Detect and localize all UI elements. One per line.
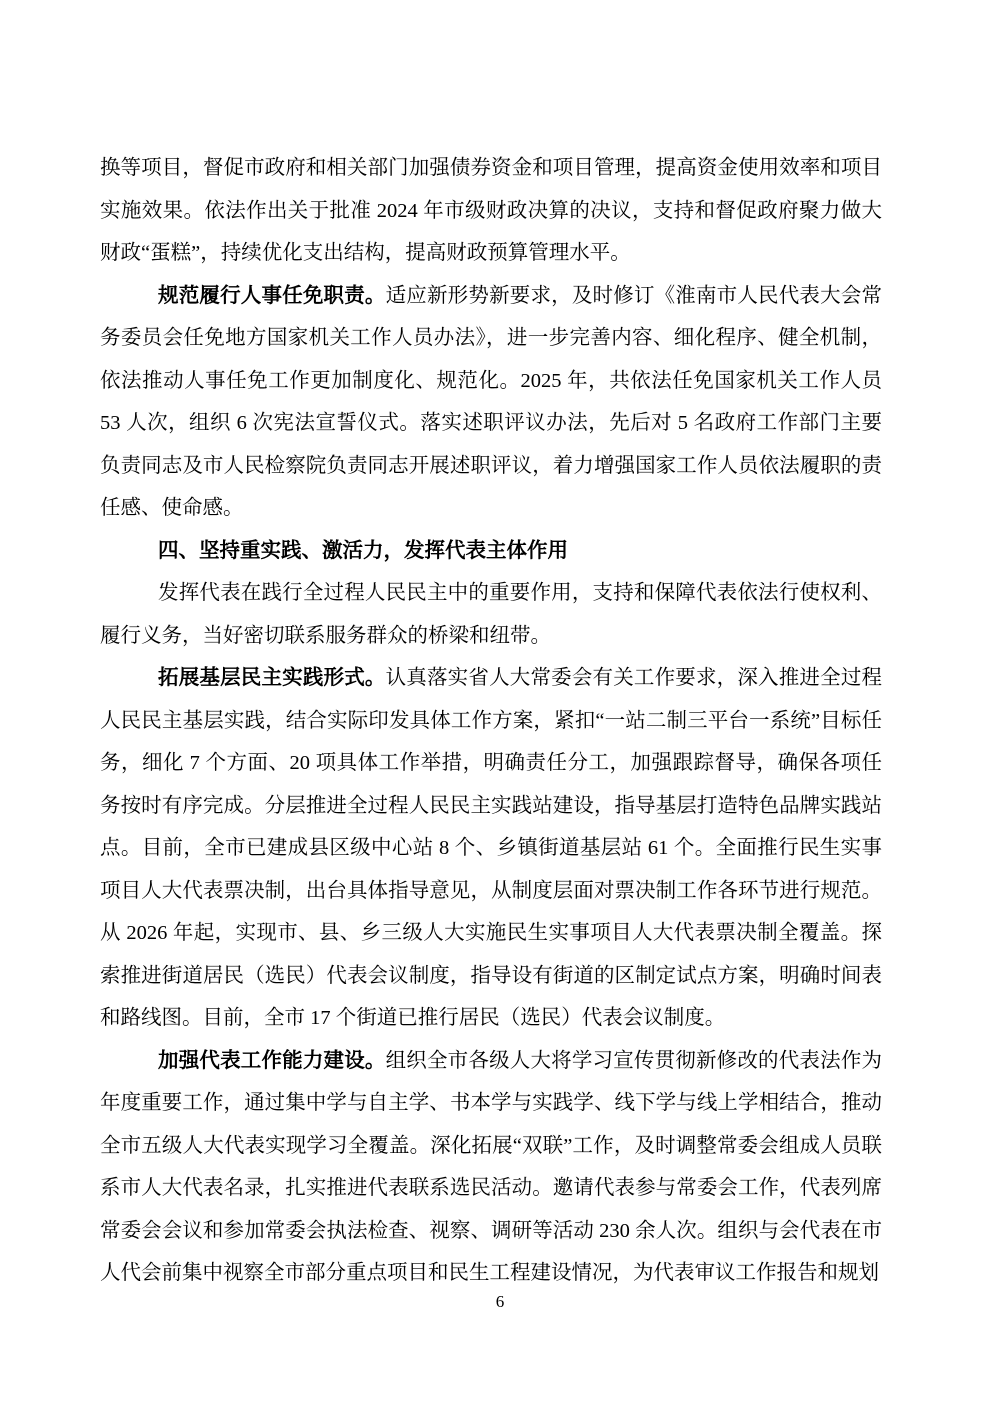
paragraph-text: 适应新形势新要求，及时修订《淮南市人民代表大会常务委员会任免地方国家机关工作人员…	[100, 285, 882, 520]
page-number: 6	[0, 1291, 1000, 1313]
paragraph-text: 发挥代表在践行全过程人民民主中的重要作用，支持和保障代表依法行使权利、履行义务，…	[100, 582, 882, 647]
paragraph-text: 组织全市各级人大将学习宣传贯彻新修改的代表法作为年度重要工作，通过集中学与自主学…	[100, 1050, 882, 1285]
paragraph-continuation: 换等项目，督促市政府和相关部门加强债券资金和项目管理，提高资金使用效率和项目实施…	[100, 147, 882, 275]
paragraph-lead: 加强代表工作能力建设。	[158, 1050, 386, 1072]
paragraph-text: 换等项目，督促市政府和相关部门加强债券资金和项目管理，提高资金使用效率和项目实施…	[100, 157, 882, 264]
paragraph: 加强代表工作能力建设。组织全市各级人大将学习宣传贯彻新修改的代表法作为年度重要工…	[100, 1040, 882, 1295]
paragraph-lead: 拓展基层民主实践形式。	[158, 667, 386, 689]
paragraph: 拓展基层民主实践形式。认真落实省人大常委会有关工作要求，深入推进全过程人民民主基…	[100, 657, 882, 1040]
document-body: 换等项目，督促市政府和相关部门加强债券资金和项目管理，提高资金使用效率和项目实施…	[100, 147, 882, 1295]
paragraph: 发挥代表在践行全过程人民民主中的重要作用，支持和保障代表依法行使权利、履行义务，…	[100, 572, 882, 657]
paragraph-lead: 规范履行人事任免职责。	[158, 285, 386, 307]
document-page: 换等项目，督促市政府和相关部门加强债券资金和项目管理，提高资金使用效率和项目实施…	[0, 0, 1000, 1415]
section-heading: 四、坚持重实践、激活力，发挥代表主体作用	[100, 530, 882, 573]
paragraph: 规范履行人事任免职责。适应新形势新要求，及时修订《淮南市人民代表大会常务委员会任…	[100, 275, 882, 530]
paragraph-text: 认真落实省人大常委会有关工作要求，深入推进全过程人民民主基层实践，结合实际印发具…	[100, 667, 882, 1029]
